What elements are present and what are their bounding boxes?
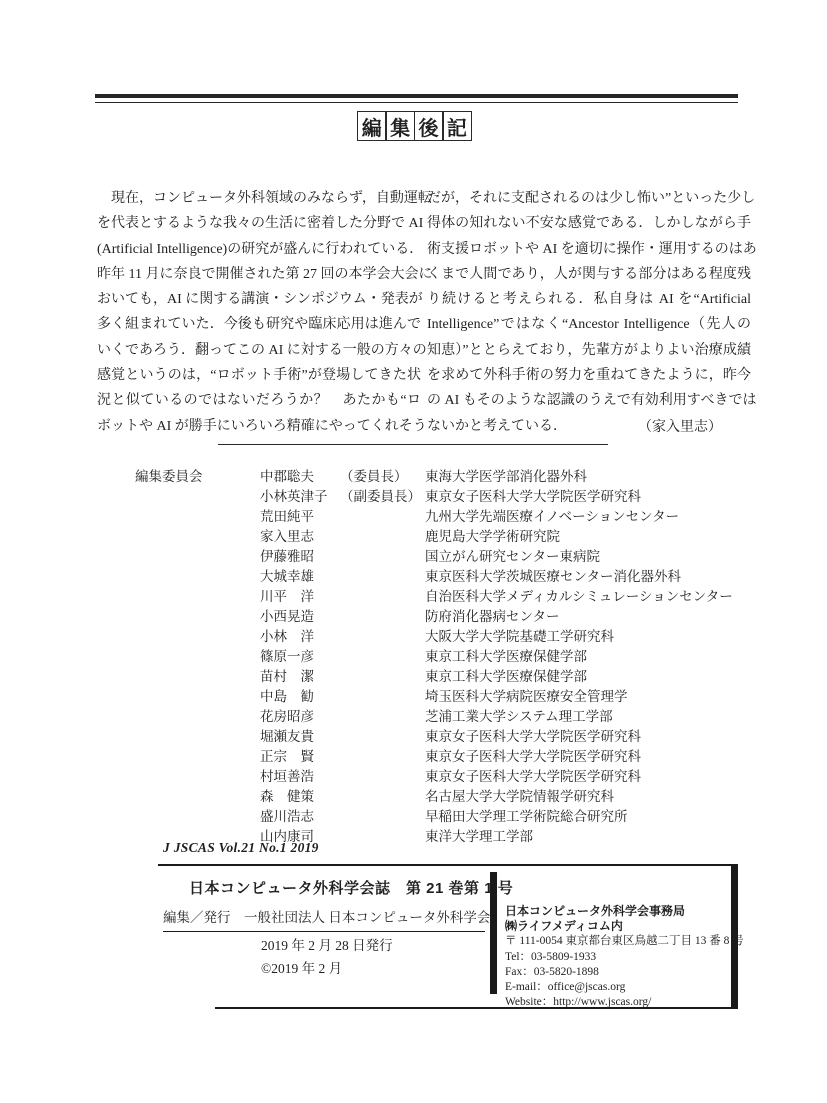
committee-member-row: 荒田純平 九州大学先端医療イノベーションセンター bbox=[260, 507, 733, 527]
committee-member-row: 家入里志 鹿児島大学学術研究院 bbox=[260, 527, 733, 547]
member-affiliation: 東京工科大学医療保健学部 bbox=[425, 667, 587, 687]
editorial-signature: （家入里志） bbox=[427, 416, 722, 436]
editorial-line: 昨年 11 月に奈良で開催された第 27 回の本学会大会に bbox=[97, 262, 421, 287]
member-role bbox=[340, 667, 425, 687]
editorial-right-column: だが，それに支配されるのは少し怖い”といった少し 得体の知れない不安な感覚である… bbox=[427, 186, 751, 439]
top-double-rule bbox=[95, 94, 738, 103]
editorial-line: Intelligence”ではなく“Ancestor Intelligence（… bbox=[427, 312, 751, 337]
member-name: 正宗 賢 bbox=[260, 747, 340, 767]
colophon-box: 日本コンピュータ外科学会誌 第 21 巻第 1 号 編集／発行 一般社団法人 日… bbox=[158, 864, 738, 1009]
member-name: 村垣善浩 bbox=[260, 767, 340, 787]
committee-member-row: 花房昭彦 芝浦工業大学システム理工学部 bbox=[260, 707, 733, 727]
editorial-line: 多く組まれていた．今後も研究や臨床応用は進んで bbox=[97, 312, 421, 337]
colophon-publish-date: 2019 年 2 月 28 日発行 bbox=[261, 934, 393, 954]
page-title: 編 集 後 記 bbox=[0, 111, 827, 141]
member-affiliation: 防府消化器病センター bbox=[425, 607, 559, 627]
member-affiliation: 鹿児島大学学術研究院 bbox=[425, 527, 560, 547]
member-name: 中島 勧 bbox=[260, 687, 340, 707]
editorial-line: くまで人間であり，人が関与する部分はある程度残 bbox=[427, 262, 751, 287]
editorial-line: 得体の知れない不安な感覚である．しかしながら手 bbox=[427, 211, 751, 236]
committee-members: 中郡聡夫 （委員長） 東海大学医学部消化器外科 小林英津子 （副委員長） 東京女… bbox=[260, 467, 733, 847]
committee-member-row: 正宗 賢 東京女子医科大学大学院医学研究科 bbox=[260, 747, 733, 767]
member-affiliation: 国立がん研究センター東病院 bbox=[425, 547, 600, 567]
editorial-line: ボットや AI が勝手にいろいろ精確にやってくれそう bbox=[97, 414, 421, 439]
committee-member-row: 村垣善浩 東京女子医科大学大学院医学研究科 bbox=[260, 767, 733, 787]
member-role: （委員長） bbox=[340, 467, 425, 487]
office-address: 〒 111-0054 東京都台東区鳥越二丁目 13 番 8 号 bbox=[505, 934, 744, 949]
member-role bbox=[340, 687, 425, 707]
member-role bbox=[340, 587, 425, 607]
office-fax: Fax：03-5820-1898 bbox=[505, 965, 744, 980]
member-name: 篠原一彦 bbox=[260, 647, 340, 667]
committee-member-row: 山内康司 東洋大学理工学部 bbox=[260, 827, 733, 847]
member-role bbox=[340, 747, 425, 767]
committee-label: 編集委員会 bbox=[135, 467, 203, 487]
section-divider-rule bbox=[218, 444, 608, 445]
member-name: 大城幸雄 bbox=[260, 567, 340, 587]
title-char-box: 編 bbox=[357, 111, 387, 141]
member-name: 花房昭彦 bbox=[260, 707, 340, 727]
member-role bbox=[340, 547, 425, 567]
editorial-line: いくであろう．翻ってこの AI に対する一般の方々の bbox=[97, 338, 421, 363]
committee-member-row: 堀瀬友貴 東京女子医科大学大学院医学研究科 bbox=[260, 727, 733, 747]
committee-member-row: 川平 洋 自治医科大学メディカルシミュレーションセンター bbox=[260, 587, 733, 607]
committee-member-row: 小西晃造 防府消化器病センター bbox=[260, 607, 733, 627]
member-name: 苗村 潔 bbox=[260, 667, 340, 687]
member-role bbox=[340, 647, 425, 667]
editorial-line: 況と似ているのではないだろうか？ あたかも“ロ bbox=[97, 388, 421, 413]
office-company: ㈱ライフメディコム内 bbox=[505, 919, 744, 934]
editorial-line: だが，それに支配されるのは少し怖い”といった少し bbox=[427, 186, 751, 211]
committee-member-row: 中島 勧 埼玉医科大学病院医療安全管理学 bbox=[260, 687, 733, 707]
member-affiliation: 早稲田大学理工学術院総合研究所 bbox=[425, 807, 628, 827]
editorial-line: 現在，コンピュータ外科領域のみならず，自動運転 bbox=[97, 186, 421, 211]
member-role bbox=[340, 727, 425, 747]
colophon-copyright: ©2019 年 2 月 bbox=[261, 957, 342, 977]
member-affiliation: 東京女子医科大学大学院医学研究科 bbox=[425, 487, 641, 507]
office-tel: Tel：03-5809-1933 bbox=[505, 950, 744, 965]
editorial-line: 知恵）”ととらえており，先輩方がよりよい治療成績 bbox=[427, 338, 751, 363]
member-affiliation: 芝浦工業大学システム理工学部 bbox=[425, 707, 613, 727]
member-name: 川平 洋 bbox=[260, 587, 340, 607]
office-website: Website：http://www.jscas.org/ bbox=[505, 995, 744, 1010]
member-affiliation: 自治医科大学メディカルシミュレーションセンター bbox=[425, 587, 733, 607]
journal-reference: J JSCAS Vol.21 No.1 2019 bbox=[163, 840, 319, 856]
member-name: 森 健策 bbox=[260, 787, 340, 807]
member-affiliation: 東京女子医科大学大学院医学研究科 bbox=[425, 767, 641, 787]
member-role bbox=[340, 807, 425, 827]
member-name: 家入里志 bbox=[260, 527, 340, 547]
member-name: 荒田純平 bbox=[260, 507, 340, 527]
member-affiliation: 大阪大学大学院基礎工学研究科 bbox=[425, 627, 614, 647]
member-name: 小林英津子 bbox=[260, 487, 340, 507]
member-name: 小西晃造 bbox=[260, 607, 340, 627]
editorial-line: を求めて外科手術の努力を重ねてきたように，昨今 bbox=[427, 363, 751, 388]
committee-member-row: 小林英津子 （副委員長） 東京女子医科大学大学院医学研究科 bbox=[260, 487, 733, 507]
committee-member-row: 篠原一彦 東京工科大学医療保健学部 bbox=[260, 647, 733, 667]
title-char-box: 集 bbox=[385, 111, 415, 141]
colophon-publisher-line: 編集／発行 一般社団法人 日本コンピュータ外科学会 bbox=[163, 906, 485, 932]
member-role bbox=[340, 527, 425, 547]
journal-page: 編 集 後 記 現在，コンピュータ外科領域のみならず，自動運転 を代表とするよう… bbox=[0, 0, 827, 1103]
member-role bbox=[340, 787, 425, 807]
member-affiliation: 東京工科大学医療保健学部 bbox=[425, 647, 587, 667]
editorial-line: を代表とするような我々の生活に密着した分野で AI bbox=[97, 211, 421, 236]
member-name: 堀瀬友貴 bbox=[260, 727, 340, 747]
member-role: （副委員長） bbox=[340, 487, 425, 507]
editorial-line: おいても，AI に関する講演・シンポジウム・発表が bbox=[97, 287, 421, 312]
member-role bbox=[340, 767, 425, 787]
office-email: E-mail：office@jscas.org bbox=[505, 980, 744, 995]
member-affiliation: 東洋大学理工学部 bbox=[425, 827, 533, 847]
member-name: 盛川浩志 bbox=[260, 807, 340, 827]
colophon-journal-title: 日本コンピュータ外科学会誌 第 21 巻第 1 号 bbox=[189, 877, 513, 898]
member-affiliation: 名古屋大学大学院情報学研究科 bbox=[425, 787, 614, 807]
member-affiliation: 九州大学先端医療イノベーションセンター bbox=[425, 507, 679, 527]
editorial-line: 感覚というのは，“ロボット手術”が登場してきた状 bbox=[97, 363, 421, 388]
editorial-line: の AI もそのような認識のうえで有効利用すべきでは bbox=[427, 388, 751, 413]
committee-member-row: 盛川浩志 早稲田大学理工学術院総合研究所 bbox=[260, 807, 733, 827]
member-name: 伊藤雅昭 bbox=[260, 547, 340, 567]
editorial-line: 術支援ロボットや AI を適切に操作・運用するのはあ bbox=[427, 237, 751, 262]
member-affiliation: 東京女子医科大学大学院医学研究科 bbox=[425, 747, 641, 767]
editorial-line: (Artificial Intelligence)の研究が盛んに行われている． bbox=[97, 237, 421, 262]
title-char-box: 記 bbox=[442, 111, 472, 141]
member-affiliation: 東京医科大学茨城医療センター消化器外科 bbox=[425, 567, 681, 587]
member-role bbox=[340, 567, 425, 587]
member-role bbox=[340, 627, 425, 647]
member-affiliation: 東海大学医学部消化器外科 bbox=[425, 467, 587, 487]
committee-member-row: 小林 洋 大阪大学大学院基礎工学研究科 bbox=[260, 627, 733, 647]
member-name: 小林 洋 bbox=[260, 627, 340, 647]
committee-member-row: 伊藤雅昭 国立がん研究センター東病院 bbox=[260, 547, 733, 567]
member-affiliation: 東京女子医科大学大学院医学研究科 bbox=[425, 727, 641, 747]
society-office-block: 日本コンピュータ外科学会事務局 ㈱ライフメディコム内 〒 111-0054 東京… bbox=[505, 904, 744, 1010]
title-char-box: 後 bbox=[414, 111, 444, 141]
committee-member-row: 森 健策 名古屋大学大学院情報学研究科 bbox=[260, 787, 733, 807]
member-role bbox=[340, 607, 425, 627]
committee-member-row: 中郡聡夫 （委員長） 東海大学医学部消化器外科 bbox=[260, 467, 733, 487]
office-name: 日本コンピュータ外科学会事務局 bbox=[505, 904, 744, 919]
editorial-line: り続けると考えられる．私自身は AI を“Artificial bbox=[427, 287, 751, 312]
committee-member-row: 大城幸雄 東京医科大学茨城医療センター消化器外科 bbox=[260, 567, 733, 587]
member-role bbox=[340, 827, 425, 847]
member-role bbox=[340, 507, 425, 527]
member-affiliation: 埼玉医科大学病院医療安全管理学 bbox=[425, 687, 628, 707]
editorial-left-column: 現在，コンピュータ外科領域のみならず，自動運転 を代表とするような我々の生活に密… bbox=[97, 186, 421, 439]
member-role bbox=[340, 707, 425, 727]
member-name: 中郡聡夫 bbox=[260, 467, 340, 487]
committee-member-row: 苗村 潔 東京工科大学医療保健学部 bbox=[260, 667, 733, 687]
